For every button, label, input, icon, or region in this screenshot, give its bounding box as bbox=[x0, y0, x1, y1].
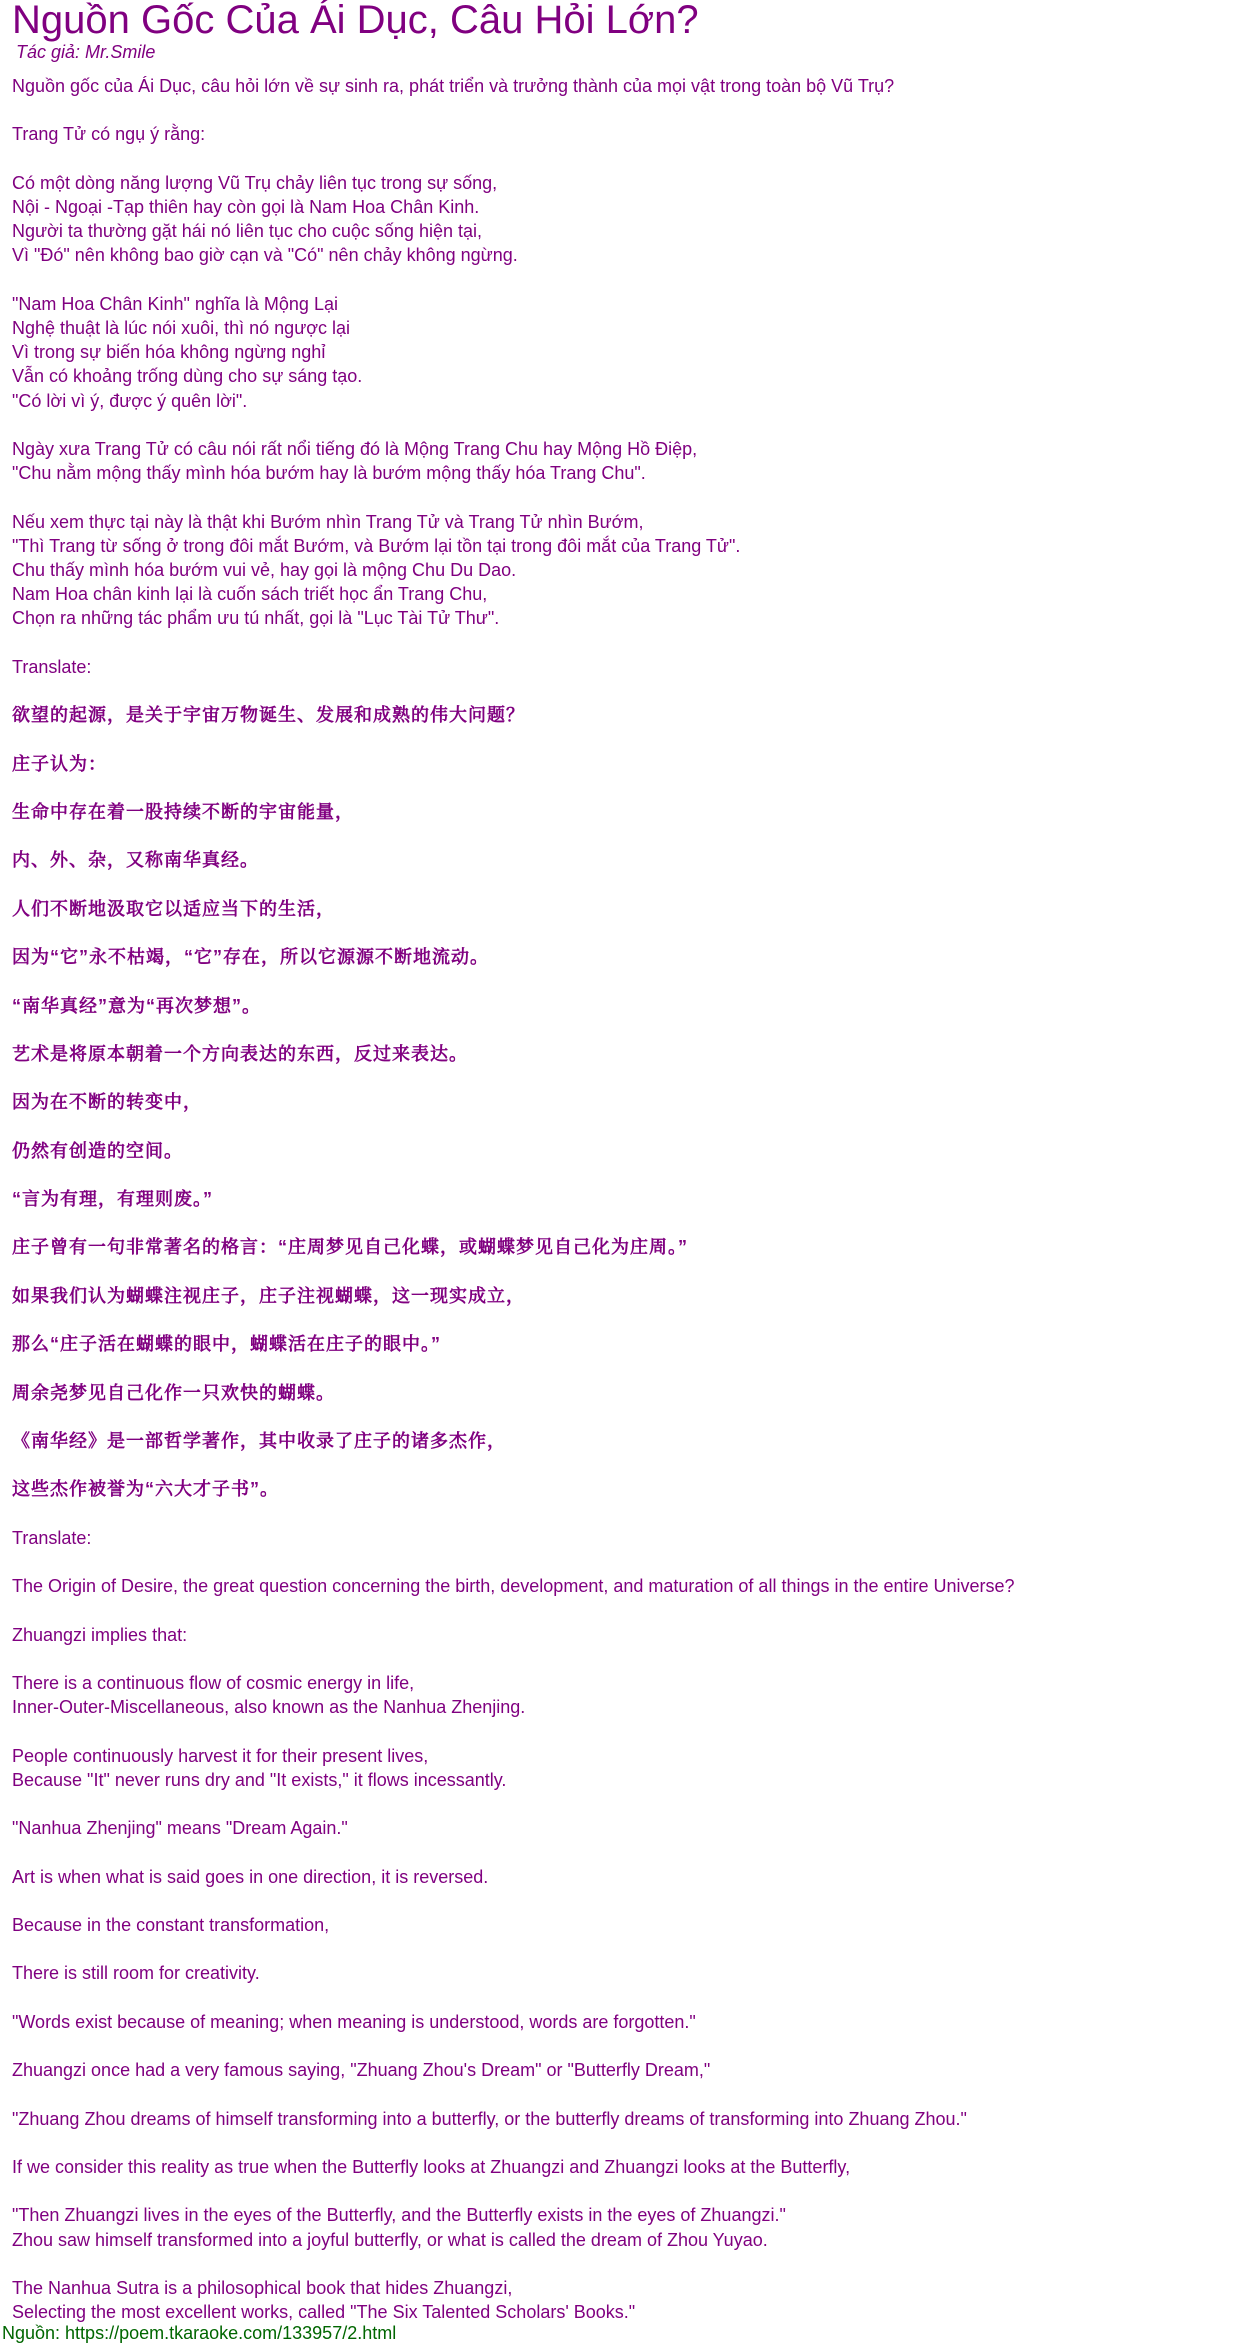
translate-label: Translate: bbox=[12, 655, 1227, 679]
verse-line: Ngày xưa Trang Tử có câu nói rất nổi tiế… bbox=[12, 437, 1227, 461]
verse-line: Vì "Đó" nên không bao giờ cạn và "Có" nê… bbox=[12, 243, 1227, 267]
verse-line: Nếu xem thực tại này là thật khi Bướm nh… bbox=[12, 510, 1227, 534]
stanza: Có một dòng năng lượng Vũ Trụ chảy liên … bbox=[12, 171, 1227, 268]
verse-line: Người ta thường gặt hái nó liên tục cho … bbox=[12, 219, 1227, 243]
blank-line bbox=[12, 727, 1227, 751]
verse-line: "Có lời vì ý, được ý quên lời". bbox=[12, 389, 1227, 413]
author-byline: Tác giả: Mr.Smile bbox=[16, 42, 155, 62]
chinese-line: 庄子曾有一句非常著名的格言：“庄周梦见自己化蝶，或蝴蝶梦见自己化为庄周。” bbox=[12, 1235, 1227, 1259]
blank-line bbox=[12, 1211, 1227, 1235]
blank-line bbox=[12, 1889, 1227, 1913]
blank-line bbox=[12, 1018, 1227, 1042]
blank-line bbox=[12, 631, 1227, 655]
blank-line bbox=[12, 147, 1227, 171]
blank-line bbox=[12, 1356, 1227, 1380]
chinese-line: 仍然有创造的空间。 bbox=[12, 1139, 1227, 1163]
english-line: People continuously harvest it for their… bbox=[12, 1744, 1227, 1768]
verse-line: Nội - Ngoại -Tạp thiên hay còn gọi là Na… bbox=[12, 195, 1227, 219]
blank-line bbox=[12, 1502, 1227, 1526]
english-line: "Then Zhuangzi lives in the eyes of the … bbox=[12, 2203, 1227, 2227]
blank-line bbox=[12, 1260, 1227, 1284]
verse-line: Chọn ra những tác phẩm ưu tú nhất, gọi l… bbox=[12, 606, 1227, 630]
page-title: Nguồn Gốc Của Ái Dục, Câu Hỏi Lớn? bbox=[12, 0, 699, 44]
blank-line bbox=[12, 921, 1227, 945]
chinese-line: 人们不断地汲取它以适应当下的生活， bbox=[12, 897, 1227, 921]
chinese-line: “言为有理，有理则废。” bbox=[12, 1187, 1227, 1211]
blank-line bbox=[12, 1453, 1227, 1477]
source-link[interactable]: Nguồn: https://poem.tkaraoke.com/133957/… bbox=[2, 2322, 396, 2344]
english-line: "Zhuang Zhou dreams of himself transform… bbox=[12, 2107, 1227, 2131]
blank-line bbox=[12, 873, 1227, 897]
english-section: Translate: The Origin of Desire, the gre… bbox=[12, 1526, 1227, 2324]
english-line: "Nanhua Zhenjing" means "Dream Again." bbox=[12, 1816, 1227, 1840]
stanza: Nếu xem thực tại này là thật khi Bướm nh… bbox=[12, 510, 1227, 631]
blank-line bbox=[12, 1115, 1227, 1139]
verse-line: Vẫn có khoảng trống dùng cho sự sáng tạo… bbox=[12, 364, 1227, 388]
chinese-line: 因为“它”永不枯竭，“它”存在，所以它源源不断地流动。 bbox=[12, 945, 1227, 969]
intro-line: Nguồn gốc của Ái Dục, câu hỏi lớn về sự … bbox=[12, 74, 1227, 98]
verse-line: Nam Hoa chân kinh lại là cuốn sách triết… bbox=[12, 582, 1227, 606]
english-line: Zhuangzi implies that: bbox=[12, 1623, 1227, 1647]
blank-line bbox=[12, 1937, 1227, 1961]
english-line: Art is when what is said goes in one dir… bbox=[12, 1865, 1227, 1889]
verse-line: "Thì Trang từ sống ở trong đôi mắt Bướm,… bbox=[12, 534, 1227, 558]
blank-line bbox=[12, 824, 1227, 848]
poem-content: Nguồn gốc của Ái Dục, câu hỏi lớn về sự … bbox=[12, 74, 1227, 2324]
blank-line bbox=[12, 1066, 1227, 1090]
english-line: Because "It" never runs dry and "It exis… bbox=[12, 1768, 1227, 1792]
blank-line bbox=[12, 969, 1227, 993]
verse-line: Vì trong sự biến hóa không ngừng nghỉ bbox=[12, 340, 1227, 364]
blank-line bbox=[12, 1792, 1227, 1816]
verse-line: "Nam Hoa Chân Kinh" nghĩa là Mộng Lại bbox=[12, 292, 1227, 316]
blank-line bbox=[12, 413, 1227, 437]
blank-line bbox=[12, 2082, 1227, 2106]
english-line: Zhuangzi once had a very famous saying, … bbox=[12, 2058, 1227, 2082]
chinese-line: 那么“庄子活在蝴蝶的眼中，蝴蝶活在庄子的眼中。” bbox=[12, 1332, 1227, 1356]
lead-line: Trang Tử có ngụ ý rằng: bbox=[12, 122, 1227, 146]
english-line: Zhou saw himself transformed into a joyf… bbox=[12, 2228, 1227, 2252]
chinese-line: 生命中存在着一股持续不断的宇宙能量， bbox=[12, 800, 1227, 824]
chinese-line: 内、外、杂，又称南华真经。 bbox=[12, 848, 1227, 872]
blank-line bbox=[12, 1308, 1227, 1332]
verse-line: Nghệ thuật là lúc nói xuôi, thì nó ngược… bbox=[12, 316, 1227, 340]
blank-line bbox=[12, 98, 1227, 122]
blank-line bbox=[12, 1986, 1227, 2010]
english-line: Selecting the most excellent works, call… bbox=[12, 2300, 1227, 2324]
chinese-line: 艺术是将原本朝着一个方向表达的东西，反过来表达。 bbox=[12, 1042, 1227, 1066]
blank-line bbox=[12, 679, 1227, 703]
english-line: There is a continuous flow of cosmic ene… bbox=[12, 1671, 1227, 1695]
blank-line bbox=[12, 1647, 1227, 1671]
english-line: The Origin of Desire, the great question… bbox=[12, 1574, 1227, 1598]
stanza: "Nam Hoa Chân Kinh" nghĩa là Mộng Lại Ng… bbox=[12, 292, 1227, 413]
chinese-line: 《南华经》是一部哲学著作，其中收录了庄子的诸多杰作， bbox=[12, 1429, 1227, 1453]
english-line: If we consider this reality as true when… bbox=[12, 2155, 1227, 2179]
blank-line bbox=[12, 1405, 1227, 1429]
blank-line bbox=[12, 268, 1227, 292]
vietnamese-section: Nguồn gốc của Ái Dục, câu hỏi lớn về sự … bbox=[12, 74, 1227, 655]
blank-line bbox=[12, 2252, 1227, 2276]
blank-line bbox=[12, 1163, 1227, 1187]
translate-label: Translate: bbox=[12, 1526, 1227, 1550]
chinese-line: 如果我们认为蝴蝶注视庄子，庄子注视蝴蝶，这一现实成立， bbox=[12, 1284, 1227, 1308]
blank-line bbox=[12, 1550, 1227, 1574]
chinese-line: 欲望的起源，是关于宇宙万物诞生、发展和成熟的伟大问题？ bbox=[12, 703, 1227, 727]
chinese-line: 这些杰作被誉为“六大才子书”。 bbox=[12, 1477, 1227, 1501]
chinese-line: 周余尧梦见自己化作一只欢快的蝴蝶。 bbox=[12, 1381, 1227, 1405]
english-line: The Nanhua Sutra is a philosophical book… bbox=[12, 2276, 1227, 2300]
blank-line bbox=[12, 485, 1227, 509]
verse-line: Có một dòng năng lượng Vũ Trụ chảy liên … bbox=[12, 171, 1227, 195]
verse-line: "Chu nằm mộng thấy mình hóa bướm hay là … bbox=[12, 461, 1227, 485]
chinese-section: Translate: 欲望的起源，是关于宇宙万物诞生、发展和成熟的伟大问题？ 庄… bbox=[12, 655, 1227, 1526]
blank-line bbox=[12, 1719, 1227, 1743]
blank-line bbox=[12, 2179, 1227, 2203]
chinese-line: “南华真经”意为“再次梦想”。 bbox=[12, 994, 1227, 1018]
blank-line bbox=[12, 1598, 1227, 1622]
blank-line bbox=[12, 2034, 1227, 2058]
stanza: Ngày xưa Trang Tử có câu nói rất nổi tiế… bbox=[12, 437, 1227, 485]
english-line: "Words exist because of meaning; when me… bbox=[12, 2010, 1227, 2034]
blank-line bbox=[12, 776, 1227, 800]
english-line: There is still room for creativity. bbox=[12, 1961, 1227, 1985]
blank-line bbox=[12, 1840, 1227, 1864]
chinese-line: 因为在不断的转变中， bbox=[12, 1090, 1227, 1114]
verse-line: Chu thấy mình hóa bướm vui vẻ, hay gọi l… bbox=[12, 558, 1227, 582]
english-line: Because in the constant transformation, bbox=[12, 1913, 1227, 1937]
blank-line bbox=[12, 2131, 1227, 2155]
chinese-line: 庄子认为： bbox=[12, 752, 1227, 776]
english-line: Inner-Outer-Miscellaneous, also known as… bbox=[12, 1695, 1227, 1719]
